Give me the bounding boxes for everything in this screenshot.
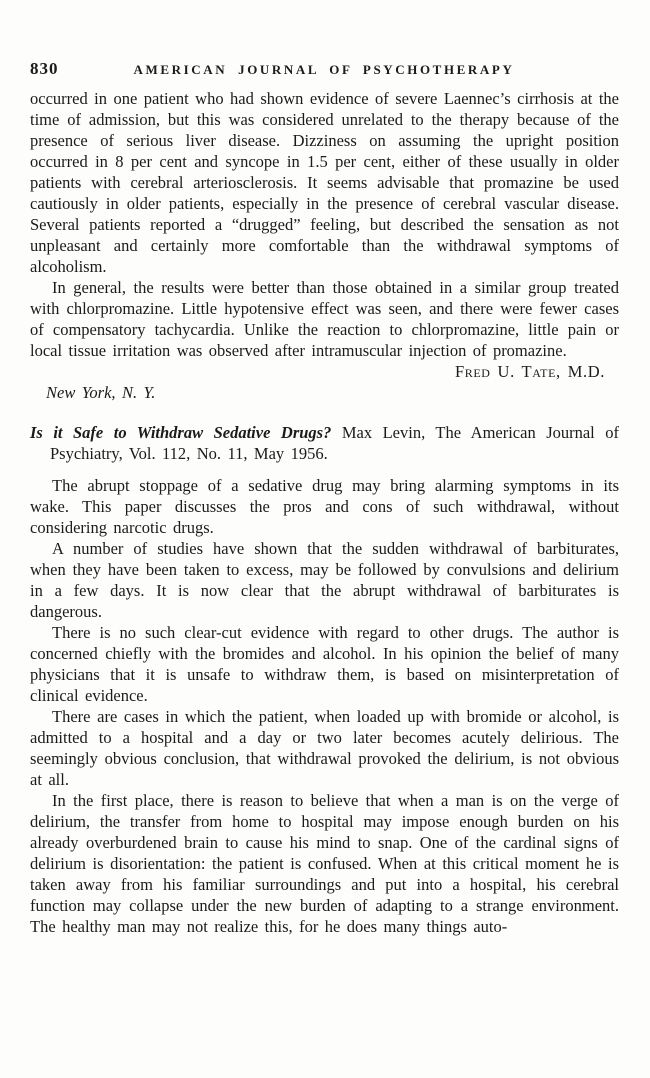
paragraph: A number of studies have shown that the … xyxy=(30,538,619,622)
paragraph: In general, the results were better than… xyxy=(30,277,619,361)
page-body: occurred in one patient who had shown ev… xyxy=(30,88,619,937)
review-title: Is it Safe to Withdraw Sedative Drugs? xyxy=(30,423,331,442)
paragraph: The abrupt stoppage of a sedative drug m… xyxy=(30,475,619,538)
author-location: New York, N. Y. xyxy=(30,382,619,403)
review-heading: Is it Safe to Withdraw Sedative Drugs? M… xyxy=(30,422,619,464)
running-title: AMERICAN JOURNAL OF PSYCHOTHERAPY xyxy=(30,62,618,78)
paragraph: There are cases in which the patient, wh… xyxy=(30,706,619,790)
page-header: 830 AMERICAN JOURNAL OF PSYCHOTHERAPY xyxy=(30,59,618,81)
author-signature: Fred U. Tate, M.D. xyxy=(30,361,619,382)
journal-page: 830 AMERICAN JOURNAL OF PSYCHOTHERAPY oc… xyxy=(0,0,650,1078)
paragraph: In the first place, there is reason to b… xyxy=(30,790,619,937)
paragraph: There is no such clear-cut evidence with… xyxy=(30,622,619,706)
paragraph-article-continuation: occurred in one patient who had shown ev… xyxy=(30,88,619,277)
